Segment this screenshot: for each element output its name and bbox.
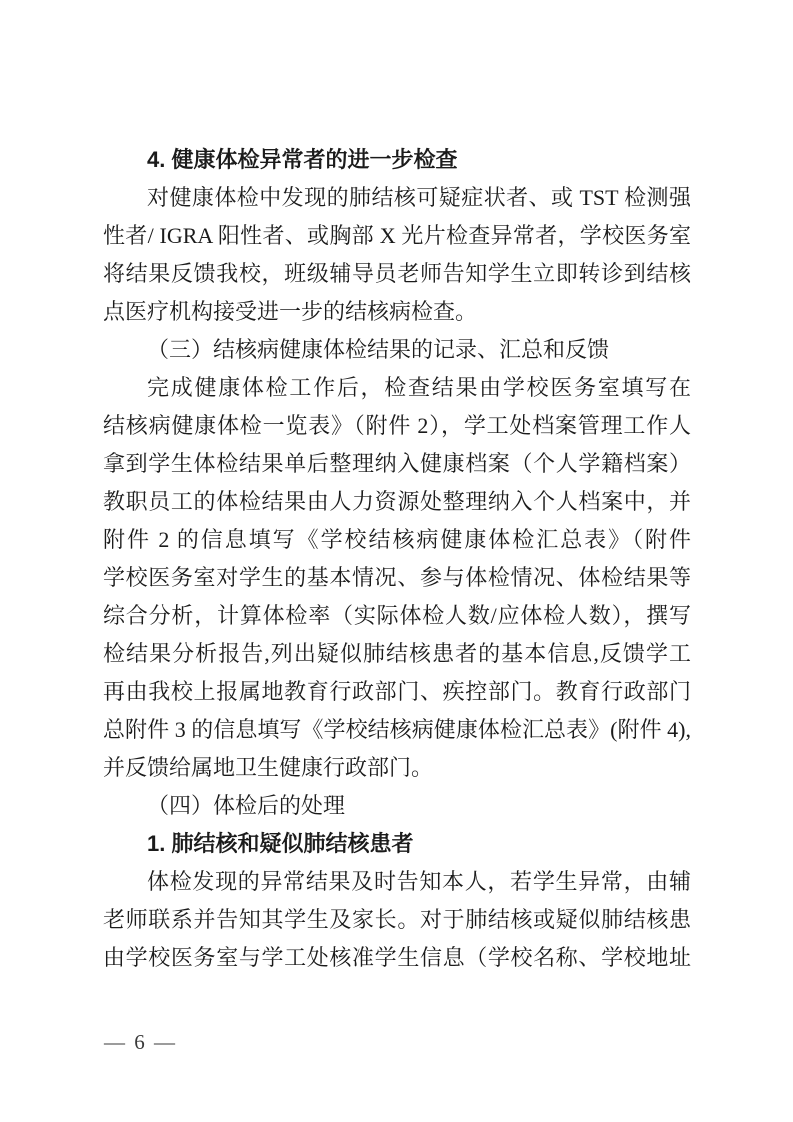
text-line: 再由我校上报属地教育行政部门、疾控部门。教育行政部门应汇 [103,673,691,711]
text-line: 拿到学生体检结果单后整理纳入健康档案（个人学籍档案）中， [103,445,691,483]
text-line: 学校医务室对学生的基本情况、参与体检情况、体检结果等进行 [103,559,691,597]
text-lines: 4. 健康体检异常者的进一步检查对健康体检中发现的肺结核可疑症状者、或 TST … [103,141,691,977]
text-line: 由学校医务室与学工处核准学生信息（学校名称、学校地址和班 [103,939,691,977]
text-line: 性者/ IGRA 阳性者、或胸部 X 光片检查异常者，学校医务室应 [103,217,691,255]
text-line: 教职员工的体检结果由人力资源处整理纳入个人档案中，并汇总 [103,483,691,521]
text-line: 总附件 3 的信息填写《学校结核病健康体检汇总表》(附件 4), [103,711,691,749]
text-line: 附件 2 的信息填写《学校结核病健康体检汇总表》（附件 3）。 [103,521,691,559]
text-line: （三）结核病健康体检结果的记录、汇总和反馈 [103,331,691,369]
text-line: 结核病健康体检一览表》（附件 2），学工处档案管理工作人员 [103,407,691,445]
text-line: 将结果反馈我校，班级辅导员老师告知学生立即转诊到结核病定 [103,255,691,293]
text-line: 4. 健康体检异常者的进一步检查 [103,141,691,179]
text-line: 体检发现的异常结果及时告知本人，若学生异常，由辅导员 [103,863,691,901]
text-line: （四）体检后的处理 [103,787,691,825]
text-line: 1. 肺结核和疑似肺结核患者 [103,825,691,863]
text-line: 完成健康体检工作后，检查结果由学校医务室填写在《学校 [103,369,691,407]
text-line: 点医疗机构接受进一步的结核病检查。 [103,293,691,331]
text-line: 综合分析，计算体检率（实际体检人数/应体检人数），撰写体 [103,597,691,635]
text-line: 对健康体检中发现的肺结核可疑症状者、或 TST 检测强阳 [103,179,691,217]
text-line: 检结果分析报告,列出疑似肺结核患者的基本信息,反馈学工处, [103,635,691,673]
text-line: 老师联系并告知其学生及家长。对于肺结核或疑似肺结核患者， [103,901,691,939]
text-line: 并反馈给属地卫生健康行政部门。 [103,749,691,787]
page-number: — 6 — [104,1030,177,1055]
document-page: 4. 健康体检异常者的进一步检查对健康体检中发现的肺结核可疑症状者、或 TST … [0,0,793,1122]
